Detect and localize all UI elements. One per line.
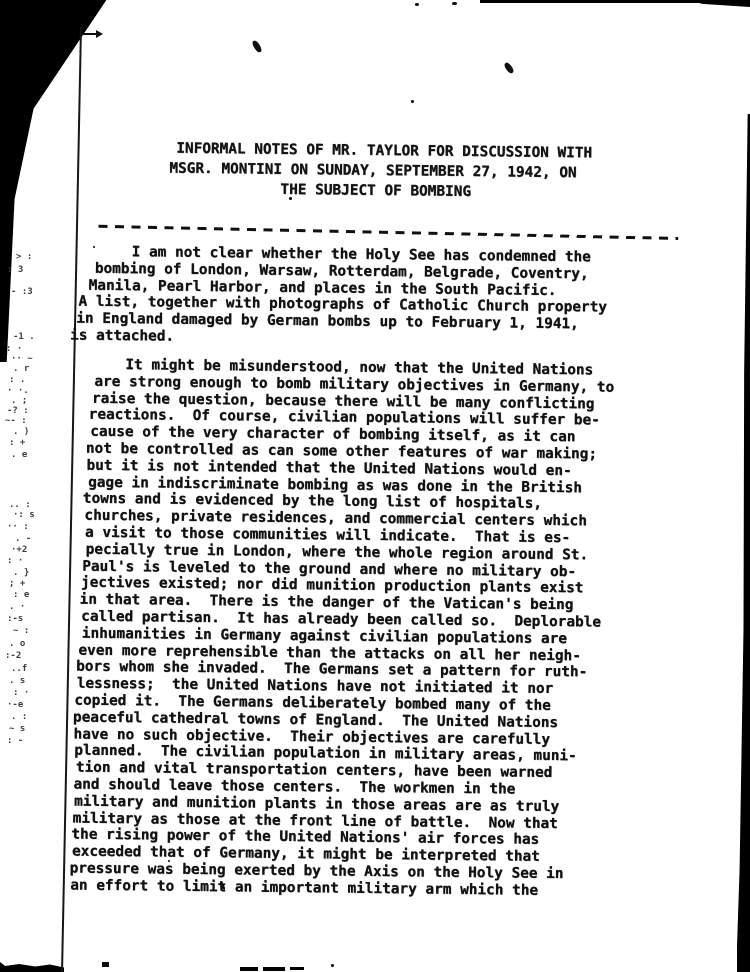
typewritten-content: INFORMAL NOTES OF MR. TAYLOR FOR DISCUSS… bbox=[0, 0, 750, 972]
paragraph-2: It might be misunderstood, now that the … bbox=[85, 357, 611, 900]
dashed-separator bbox=[98, 225, 678, 241]
paragraph-1: I am not clear whether the Holy See has … bbox=[82, 244, 612, 351]
title-line: THE SUBJECT OF BOMBING bbox=[152, 178, 600, 203]
scanned-document-page: > :: 3- :3-1 .: ··· ~. r: .· ·.. ;-? :~-… bbox=[0, 0, 750, 972]
document-title: INFORMAL NOTES OF MR. TAYLOR FOR DISCUSS… bbox=[158, 138, 607, 203]
